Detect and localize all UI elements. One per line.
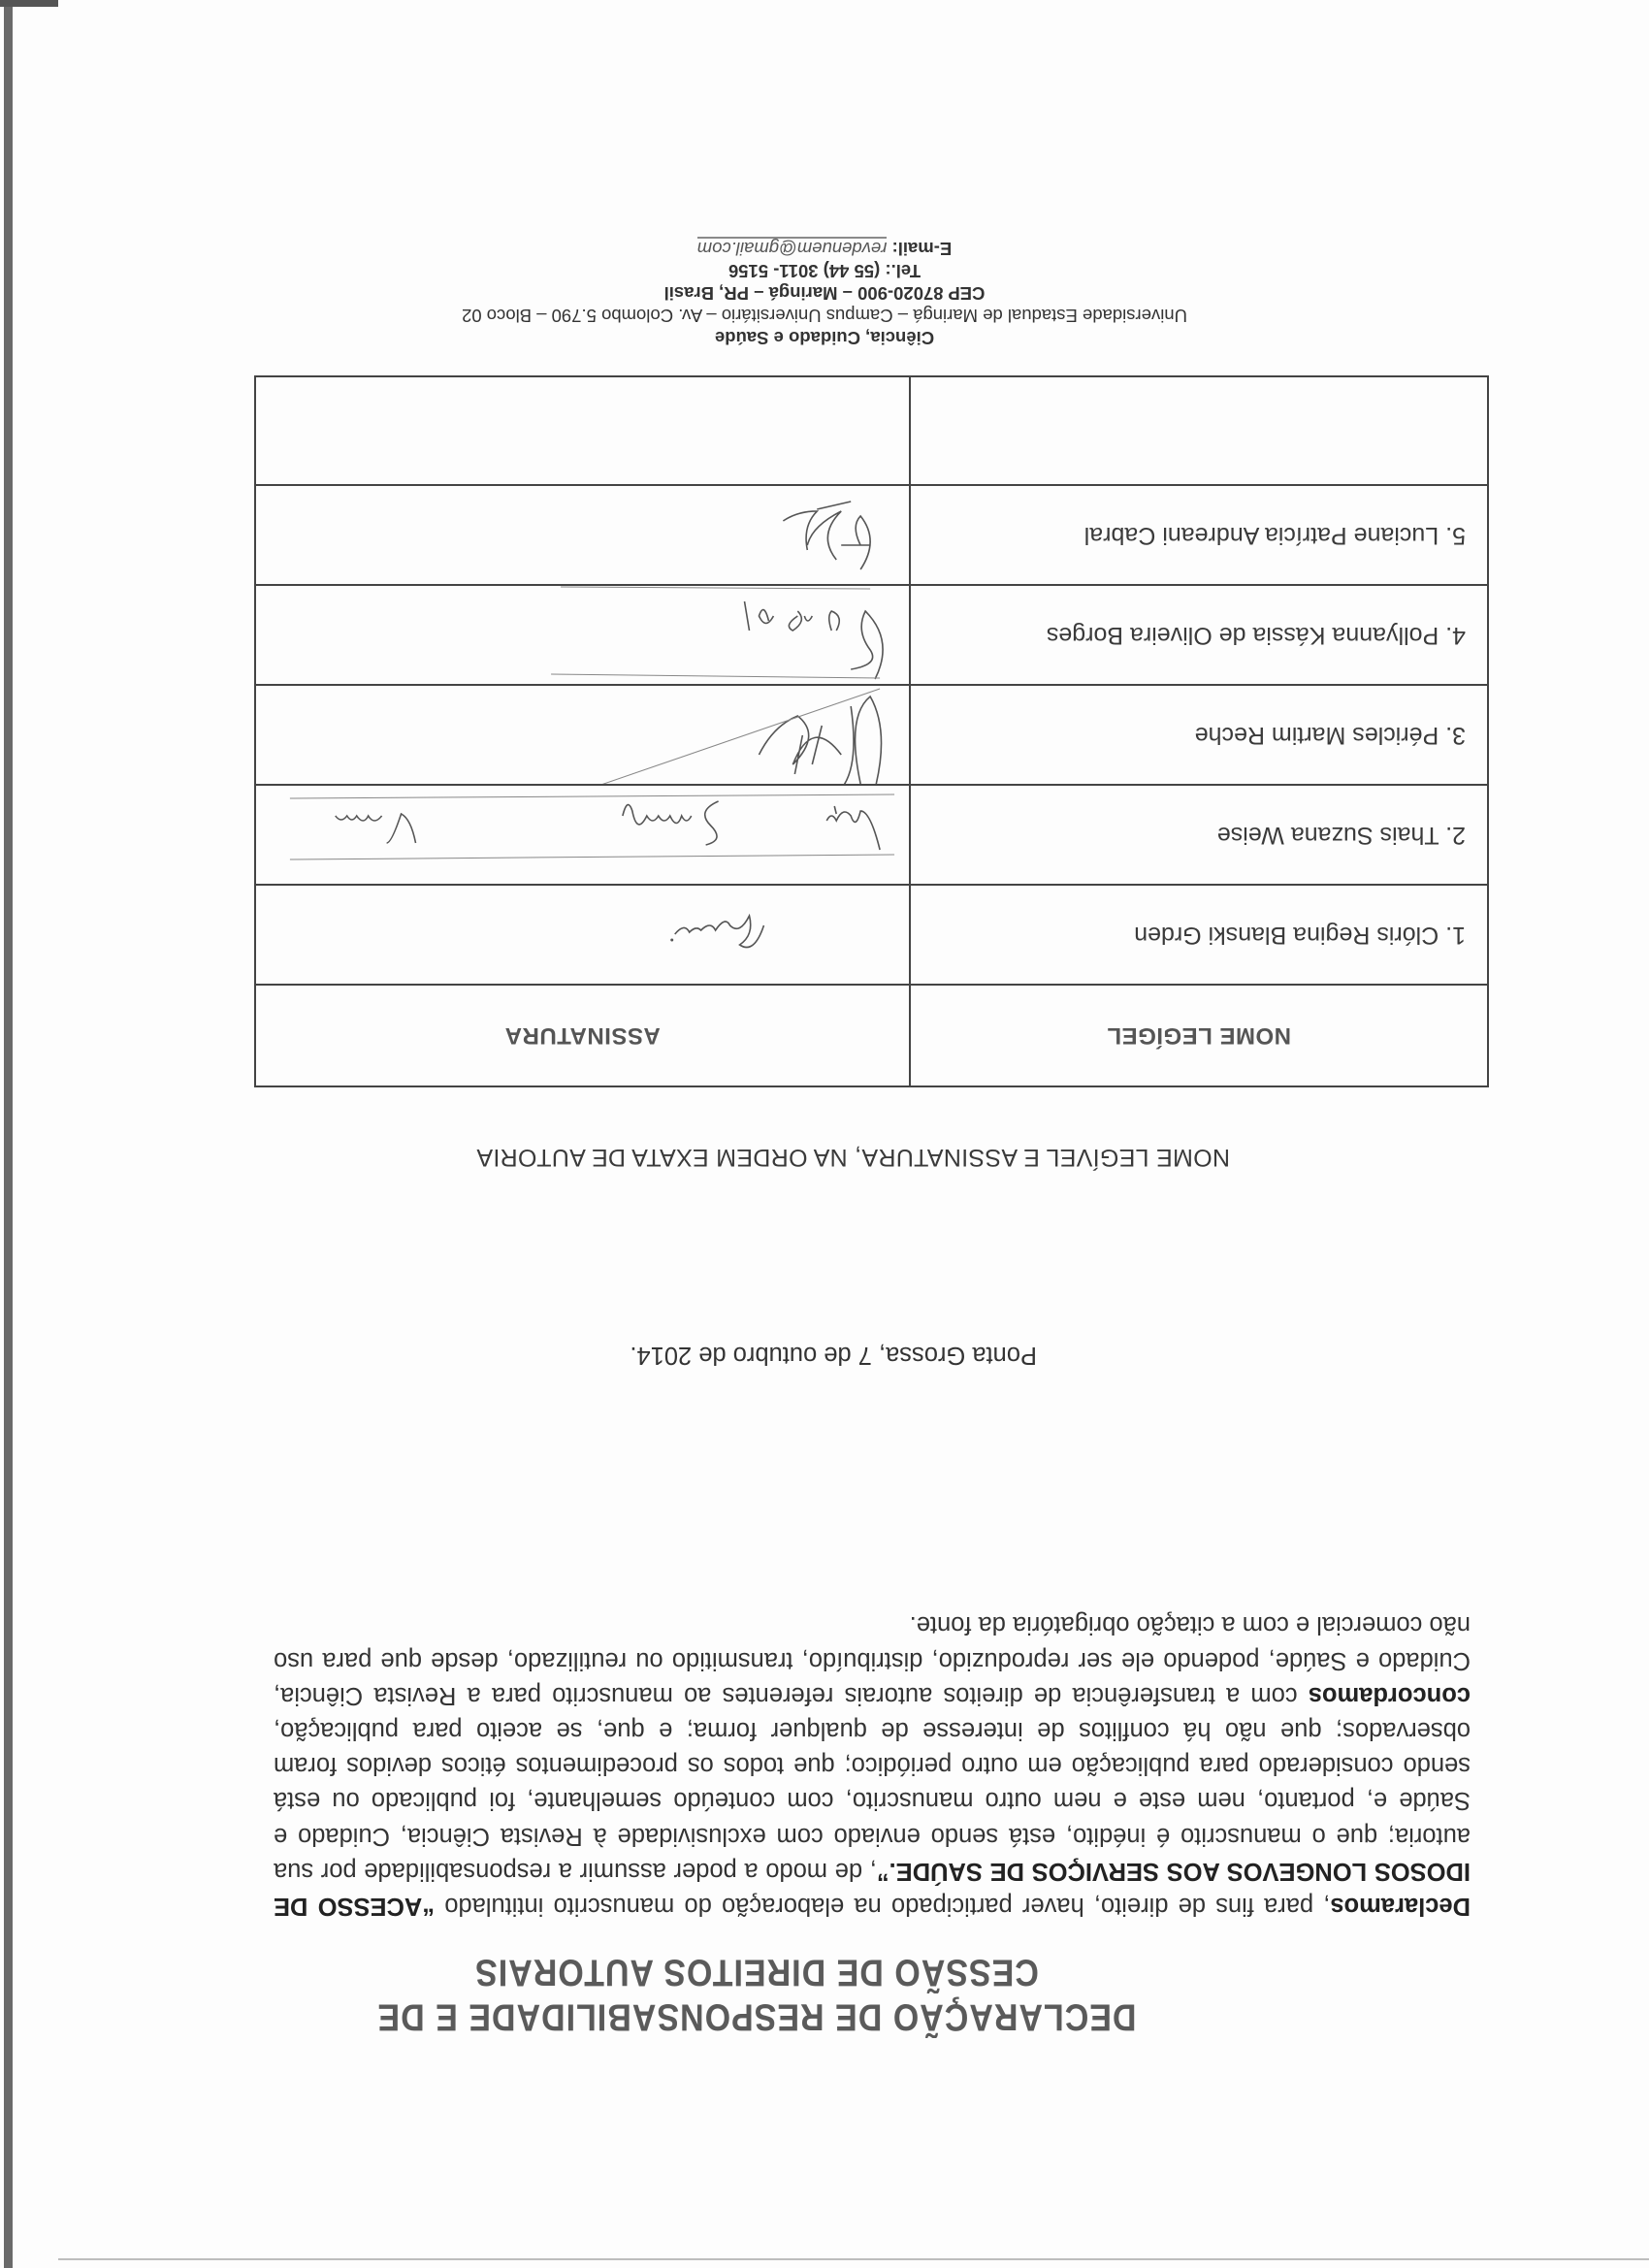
- footer-email-link[interactable]: revdenuem@gmail.com: [697, 237, 888, 259]
- scanner-corner-shadow: [0, 0, 58, 7]
- declaration-text-1: , para fins de direito, haver participad…: [435, 1893, 1330, 1920]
- handwritten-signature-icon: [256, 886, 909, 984]
- table-row: 5. Luciane Patrícia Andreani Cabral: [255, 485, 1488, 585]
- author-name: 4. Pollyanna Kássia de Oliveira Borges: [910, 585, 1488, 685]
- header-signature: ASSINATURA: [255, 985, 910, 1086]
- scanned-document-sheet: DECLARAÇÃO DE RESPONSABILIDADE E DE CESS…: [0, 0, 1649, 2268]
- signature-cell-empty: [255, 376, 910, 485]
- footer-journal-name: Ciência, Cuidado e Saúde: [0, 327, 1649, 349]
- handwritten-signature-icon: [256, 586, 909, 684]
- table-row: 1. Clóris Regina Blanski Grden: [255, 885, 1488, 985]
- footer-email-line: E-mail: revdenuem@gmail.com: [0, 238, 1649, 260]
- signature-cell: [255, 785, 910, 885]
- table-row: 2. Thais Suzana Weise: [255, 785, 1488, 885]
- scanner-edge-line: [58, 2258, 1649, 2260]
- footer-phone: Tel.: (55 44) 3011- 5156: [0, 260, 1649, 282]
- handwritten-signature-icon: [256, 786, 909, 884]
- date-line: Ponta Grossa, 7 de outubro de 2014.: [630, 1341, 1037, 1369]
- handwritten-signature-icon: [256, 686, 909, 784]
- declaration-paragraph: Declaramos, para fins de direito, haver …: [274, 1607, 1471, 1924]
- footer-cep: CEP 87020-900 – Maringá – PR, Brasil: [0, 282, 1649, 305]
- footer-email-label: E-mail:: [892, 239, 953, 259]
- author-name: 3. Péricles Martim Reche: [910, 685, 1488, 785]
- signature-cell: [255, 585, 910, 685]
- signature-cell: [255, 885, 910, 985]
- document-title-line-1: DECLARAÇÃO DE RESPONSABILIDADE E DE: [0, 1992, 1581, 2043]
- declaration-agree: concordamos: [1309, 1682, 1471, 1709]
- journal-footer: Ciência, Cuidado e Saúde Universidade Es…: [0, 238, 1649, 349]
- authors-section-heading: NOME LEGÍVEL E ASSINATURA, NA ORDEM EXAT…: [476, 1143, 1230, 1171]
- footer-address: Universidade Estadual de Maringá – Campu…: [0, 305, 1649, 327]
- author-name-empty: [910, 376, 1488, 485]
- author-name: 1. Clóris Regina Blanski Grden: [910, 885, 1488, 985]
- declaration-lead: Declaramos: [1330, 1893, 1471, 1920]
- table-row: 3. Péricles Martim Reche: [255, 685, 1488, 785]
- signature-cell: [255, 685, 910, 785]
- table-row: 4. Pollyanna Kássia de Oliveira Borges: [255, 585, 1488, 685]
- declaration-text-3: com a transferência de direitos autorais…: [274, 1611, 1471, 1708]
- table-header-row: NOME LEGÍGEL ASSINATURA: [255, 985, 1488, 1086]
- document-title-line-2: CESSÃO DE DIREITOS AUTORAIS: [0, 1947, 1581, 1998]
- handwritten-signature-icon: [256, 486, 909, 584]
- authors-signature-table: NOME LEGÍGEL ASSINATURA 1. Clóris Regina…: [254, 375, 1489, 1087]
- author-name: 5. Luciane Patrícia Andreani Cabral: [910, 485, 1488, 585]
- signature-cell: [255, 485, 910, 585]
- table-row-empty: [255, 376, 1488, 485]
- header-name: NOME LEGÍGEL: [910, 985, 1488, 1086]
- author-name: 2. Thais Suzana Weise: [910, 785, 1488, 885]
